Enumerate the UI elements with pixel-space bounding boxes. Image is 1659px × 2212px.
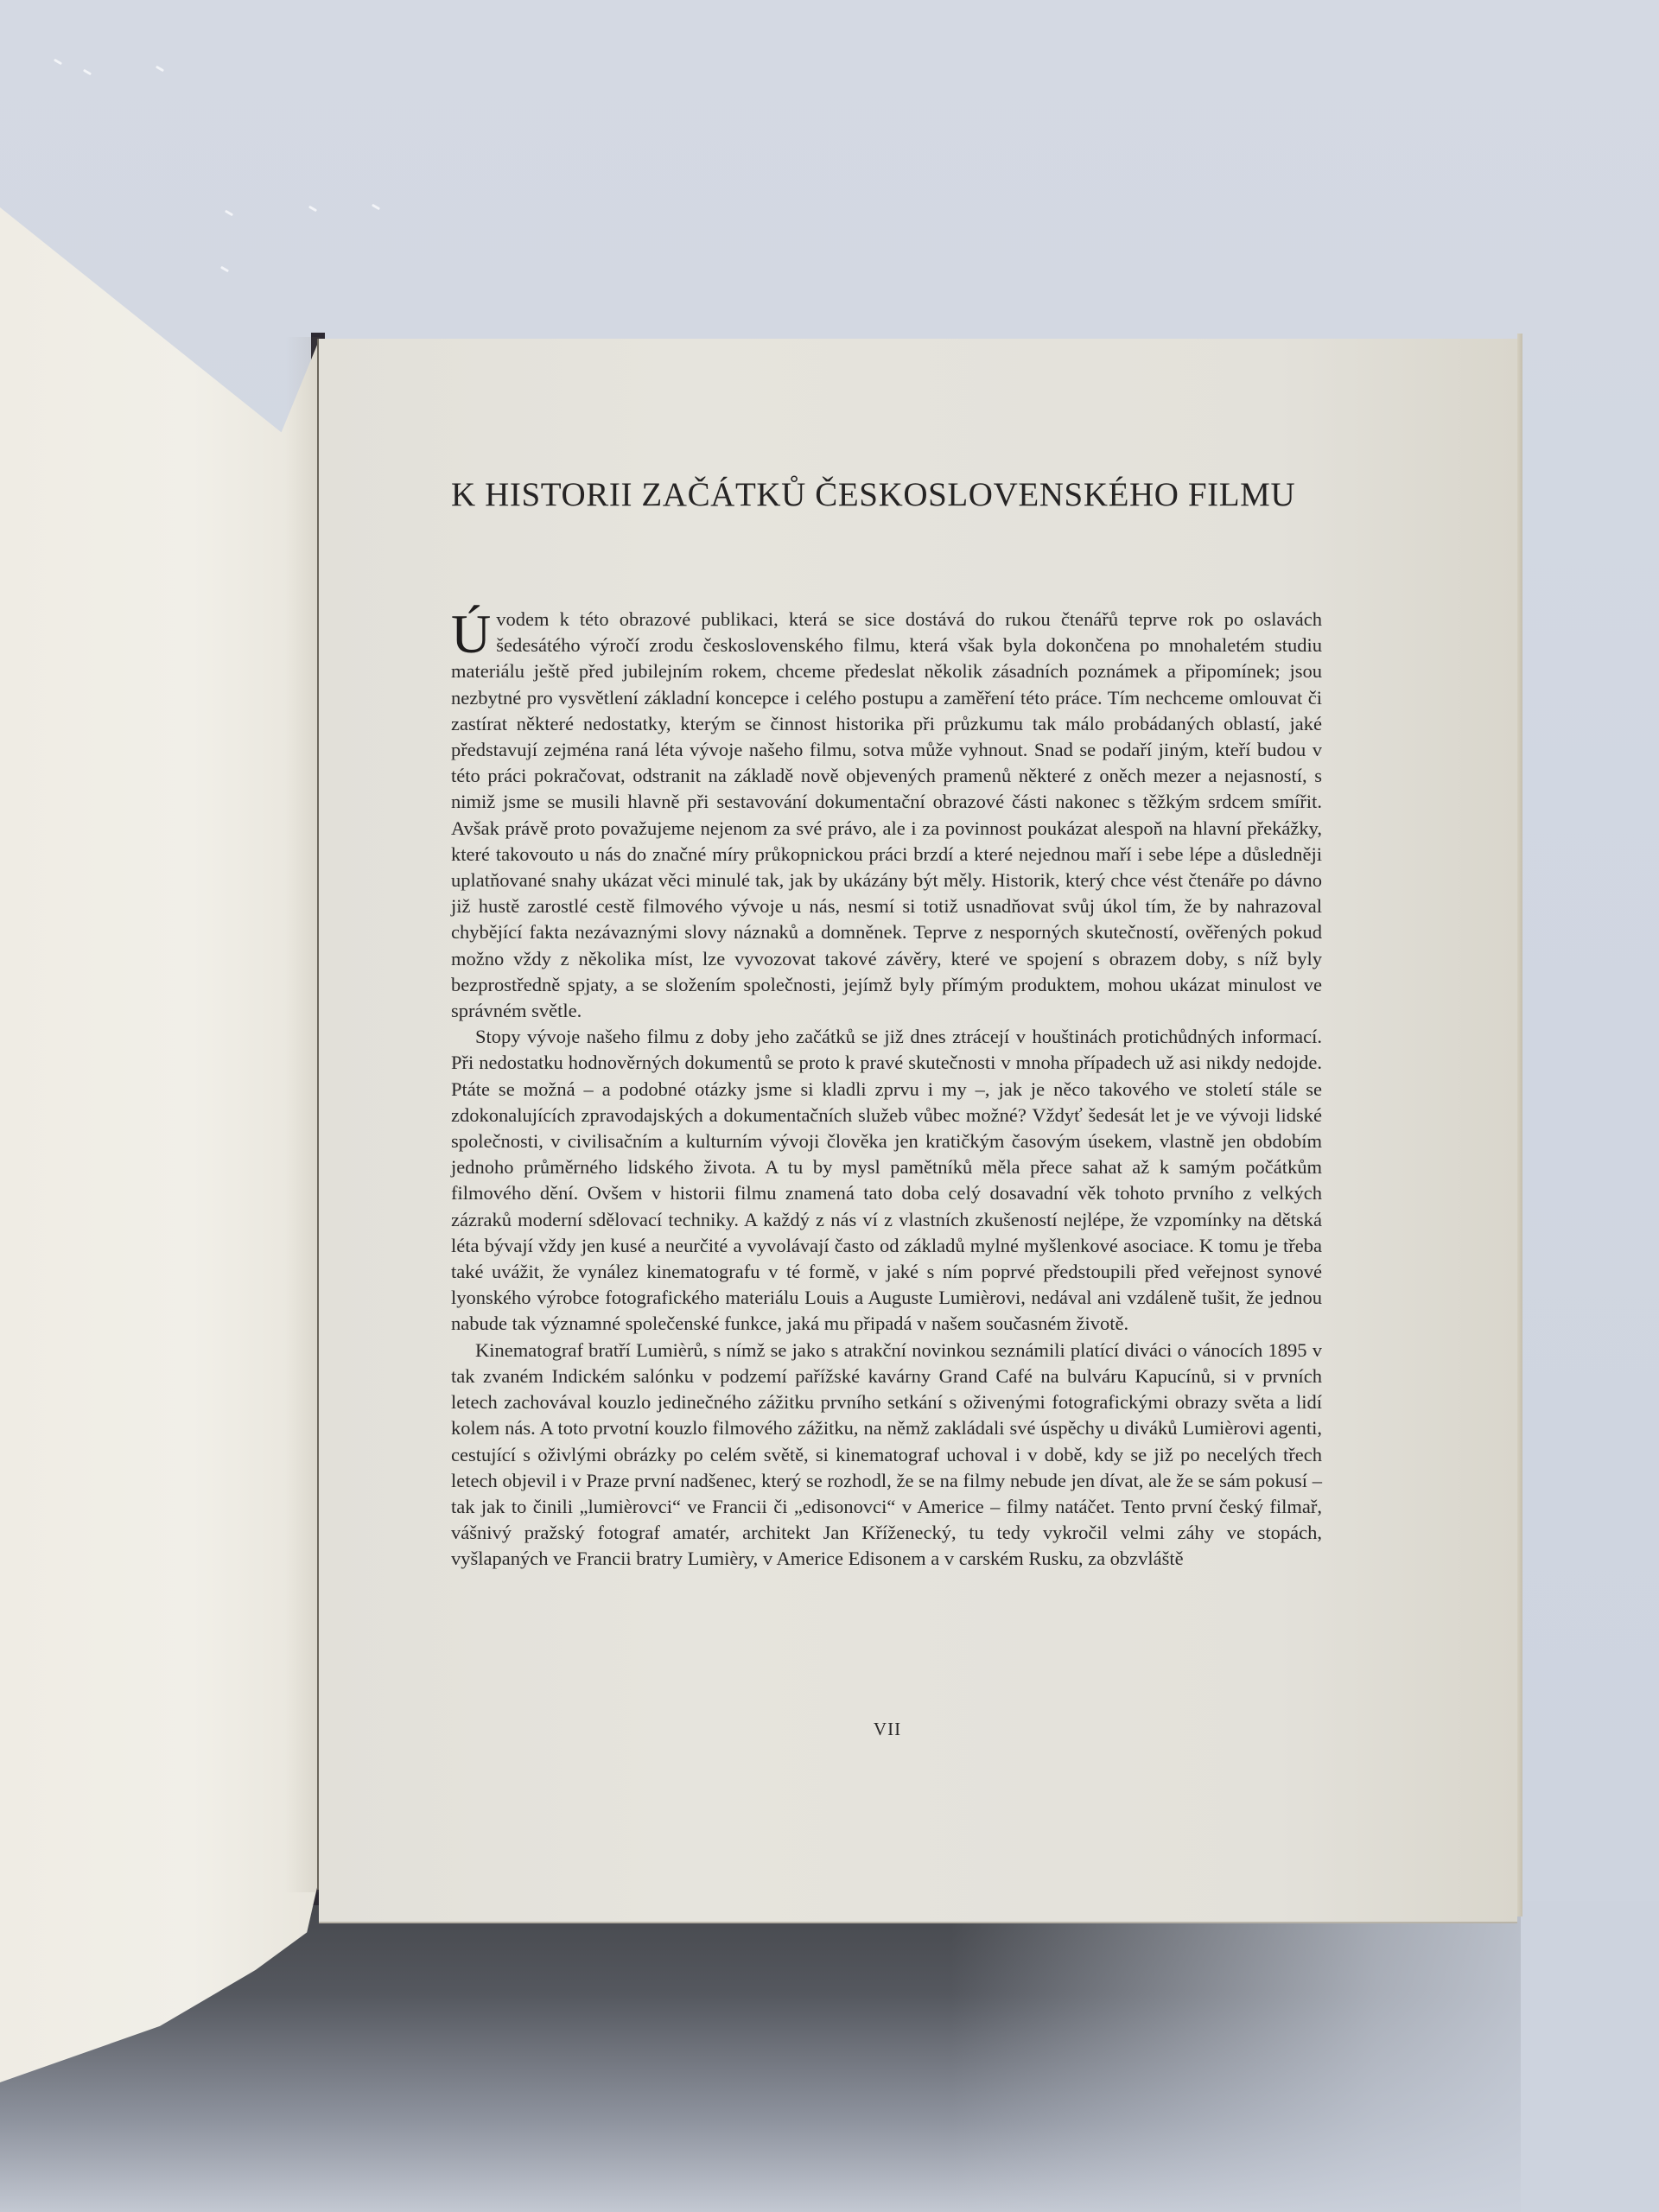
background-speck (54, 59, 62, 66)
background-speck (308, 206, 317, 213)
paragraph-1: Úvodem k této obrazové publikaci, která … (451, 607, 1322, 1024)
background-speck (156, 66, 164, 73)
body-text: Úvodem k této obrazové publikaci, která … (451, 607, 1322, 1573)
drop-cap: Ú (451, 612, 491, 657)
left-page (0, 207, 320, 2082)
background-speck (83, 69, 92, 76)
page-number: VII (451, 1719, 1324, 1740)
background-speck (225, 210, 233, 217)
photo-scene: K HISTORII ZAČÁTKŮ ČESKOSLOVENSKÉHO FILM… (0, 0, 1659, 2212)
background-speck (372, 204, 380, 211)
page-stack-edge (1517, 334, 1522, 1916)
paragraph-2: Stopy vývoje našeho filmu z doby jeho za… (451, 1024, 1322, 1337)
chapter-title: K HISTORII ZAČÁTKŮ ČESKOSLOVENSKÉHO FILM… (451, 475, 1324, 514)
background-speck (220, 266, 229, 273)
paragraph-3: Kinematograf bratří Lumièrů, s nímž se j… (451, 1338, 1322, 1573)
text-block: K HISTORII ZAČÁTKŮ ČESKOSLOVENSKÉHO FILM… (451, 339, 1324, 1922)
table-surface (950, 1901, 1659, 2212)
paragraph-1-text: vodem k této obrazové publikaci, která s… (451, 608, 1322, 1021)
right-page: K HISTORII ZAČÁTKŮ ČESKOSLOVENSKÉHO FILM… (319, 339, 1517, 1922)
gutter-line (317, 339, 319, 1890)
left-page-shadow (285, 337, 320, 1892)
